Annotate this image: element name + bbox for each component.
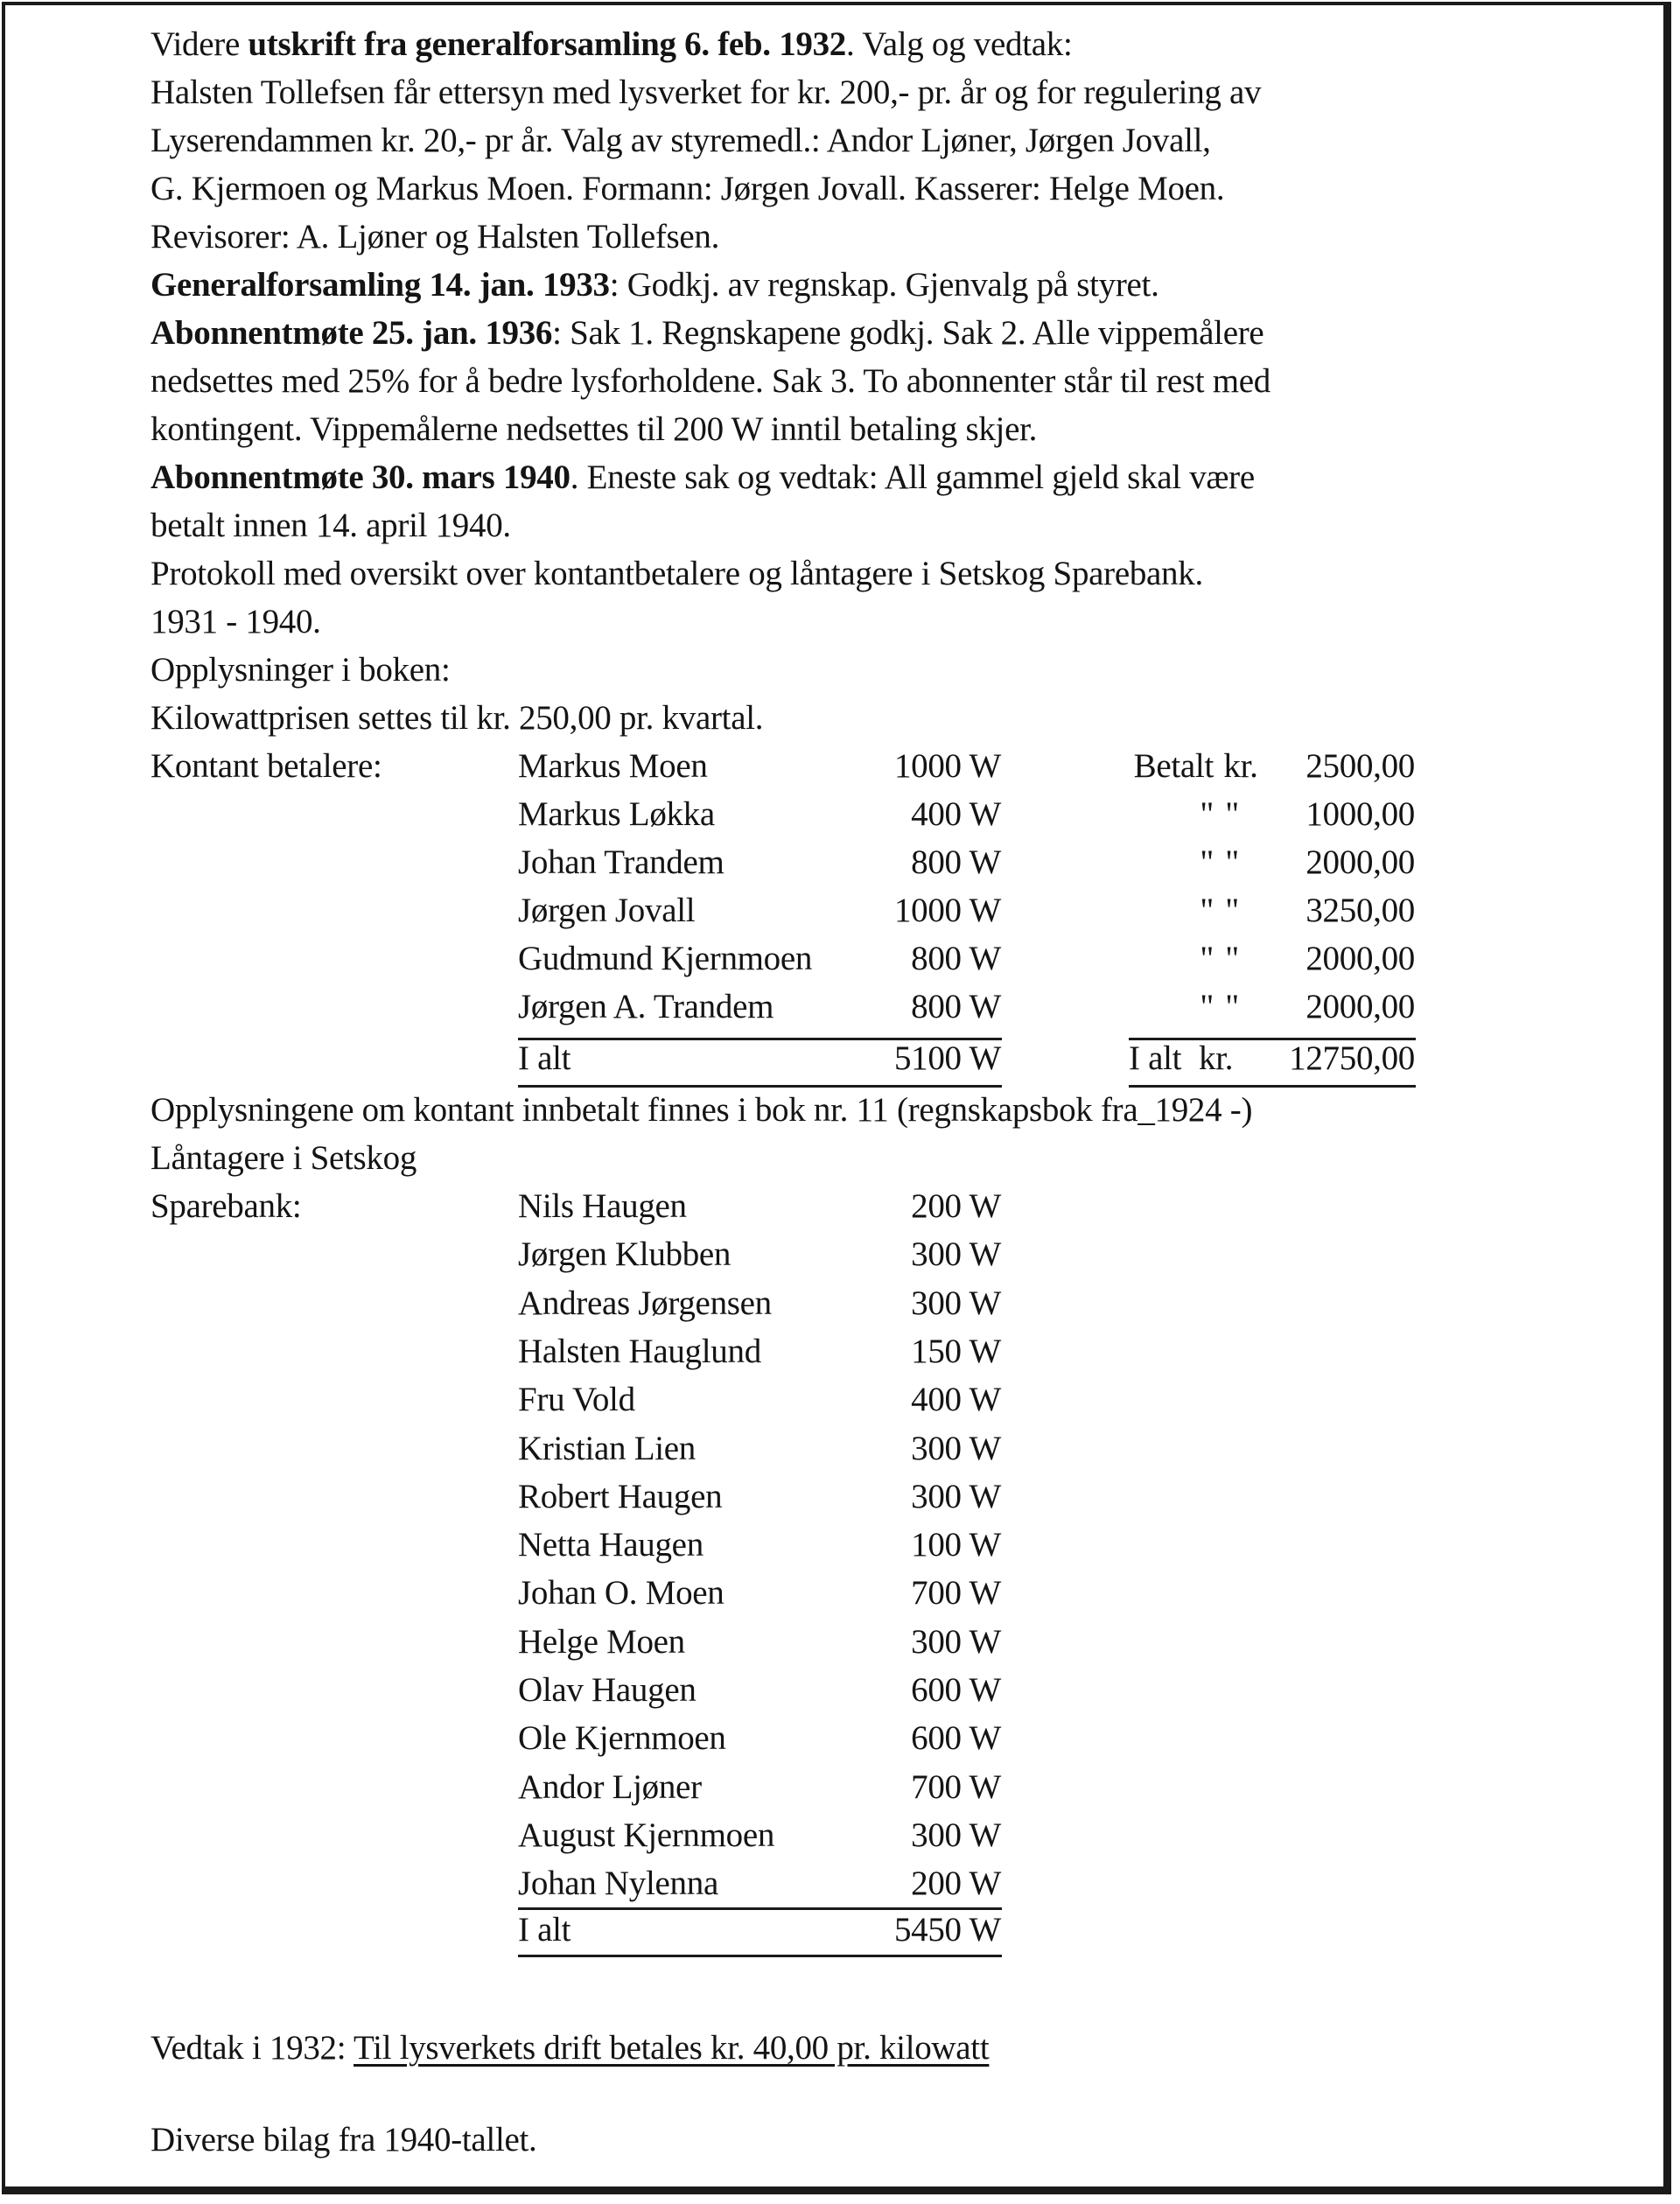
paragraph-1940: Abonnentmøte 30. mars 1940. Eneste sak o…: [150, 458, 1255, 498]
text-line: Lyserendammen kr. 20,- pr år. Valg av st…: [150, 121, 1211, 161]
table-row: Robert Haugen300 W: [150, 1477, 1515, 1517]
heading-1936: Abonnentmøte 25. jan. 1936: [150, 314, 552, 352]
text-line: Halsten Tollefsen får ettersyn med lysve…: [150, 73, 1261, 113]
text-line: Revisorer: A. Ljøner og Halsten Tollefse…: [150, 217, 719, 257]
table-row: Andreas Jørgensen300 W: [150, 1284, 1515, 1324]
text-line: Opplysninger i boken:: [150, 650, 451, 690]
closing-line: Diverse bilag fra 1940-tallet.: [150, 2120, 537, 2160]
heading-1932: utskrift fra generalforsamling 6. feb. 1…: [248, 25, 846, 63]
note-line: Opplysningene om kontant innbetalt finne…: [150, 1090, 1252, 1130]
table-row: Jørgen A. Trandem 800 W " " 2000,00: [150, 987, 1515, 1027]
table-row: Johan O. Moen700 W: [150, 1573, 1515, 1613]
table-row: Kristian Lien300 W: [150, 1429, 1515, 1469]
heading-1940: Abonnentmøte 30. mars 1940: [150, 458, 570, 496]
text-line: kontingent. Vippemålerne nedsettes til 2…: [150, 409, 1037, 450]
table-total-row: I alt 5100 W I alt kr. 12750,00: [150, 1039, 1515, 1079]
lantagere-label-line1: Låntagere i Setskog: [150, 1138, 416, 1179]
table-row: Andor Ljøner700 W: [150, 1767, 1515, 1808]
table-row: Kontant betalere: Markus Moen 1000 W Bet…: [150, 746, 1515, 787]
table-row: Sparebank: Nils Haugen 200 W: [150, 1186, 1515, 1227]
vedtak-underlined: Til lysverkets drift betales kr. 40,00 p…: [353, 2029, 989, 2067]
table-row: Fru Vold400 W: [150, 1380, 1515, 1420]
total-rule: [518, 1955, 1002, 1957]
heading-1933: Generalforsamling 14. jan. 1933: [150, 266, 610, 304]
text-line: Protokoll med oversikt over kontantbetal…: [150, 554, 1203, 594]
table-row: Johan Nylenna200 W: [150, 1864, 1515, 1904]
text-line: Kilowattprisen settes til kr. 250,00 pr.…: [150, 698, 763, 738]
paragraph-1932-heading: Videre utskrift fra generalforsamling 6.…: [150, 24, 1072, 65]
table-total-row: I alt 5450 W: [150, 1910, 1515, 1950]
table-row: Johan Trandem 800 W " " 2000,00: [150, 843, 1515, 883]
kontant-label: Kontant betalere:: [150, 746, 382, 787]
table-row: Jørgen Klubben300 W: [150, 1235, 1515, 1275]
paragraph-1933: Generalforsamling 14. jan. 1933: Godkj. …: [150, 265, 1159, 305]
table-row: Gudmund Kjernmoen 800 W " " 2000,00: [150, 939, 1515, 979]
table-row: Olav Haugen600 W: [150, 1670, 1515, 1711]
lantagere-label-line2: Sparebank:: [150, 1186, 301, 1227]
table-row: Helge Moen300 W: [150, 1622, 1515, 1662]
vedtak-line: Vedtak i 1932: Til lysverkets drift beta…: [150, 2028, 989, 2068]
paragraph-1936: Abonnentmøte 25. jan. 1936: Sak 1. Regns…: [150, 313, 1263, 353]
text-line: nedsettes med 25% for å bedre lysforhold…: [150, 361, 1270, 402]
table-row: Markus Løkka 400 W " " 1000,00: [150, 794, 1515, 835]
text-line: G. Kjermoen og Markus Moen. Formann: Jør…: [150, 169, 1224, 209]
text-line: 1931 - 1940.: [150, 602, 321, 642]
table-row: Halsten Hauglund150 W: [150, 1332, 1515, 1372]
total-rule: [518, 1085, 1002, 1088]
text-line: betalt innen 14. april 1940.: [150, 506, 511, 546]
table-row: Ole Kjernmoen600 W: [150, 1718, 1515, 1759]
table-row: Jørgen Jovall 1000 W " " 3250,00: [150, 891, 1515, 931]
table-row: August Kjernmoen300 W: [150, 1816, 1515, 1856]
table-row: Netta Haugen100 W: [150, 1525, 1515, 1565]
total-rule: [1129, 1085, 1416, 1088]
